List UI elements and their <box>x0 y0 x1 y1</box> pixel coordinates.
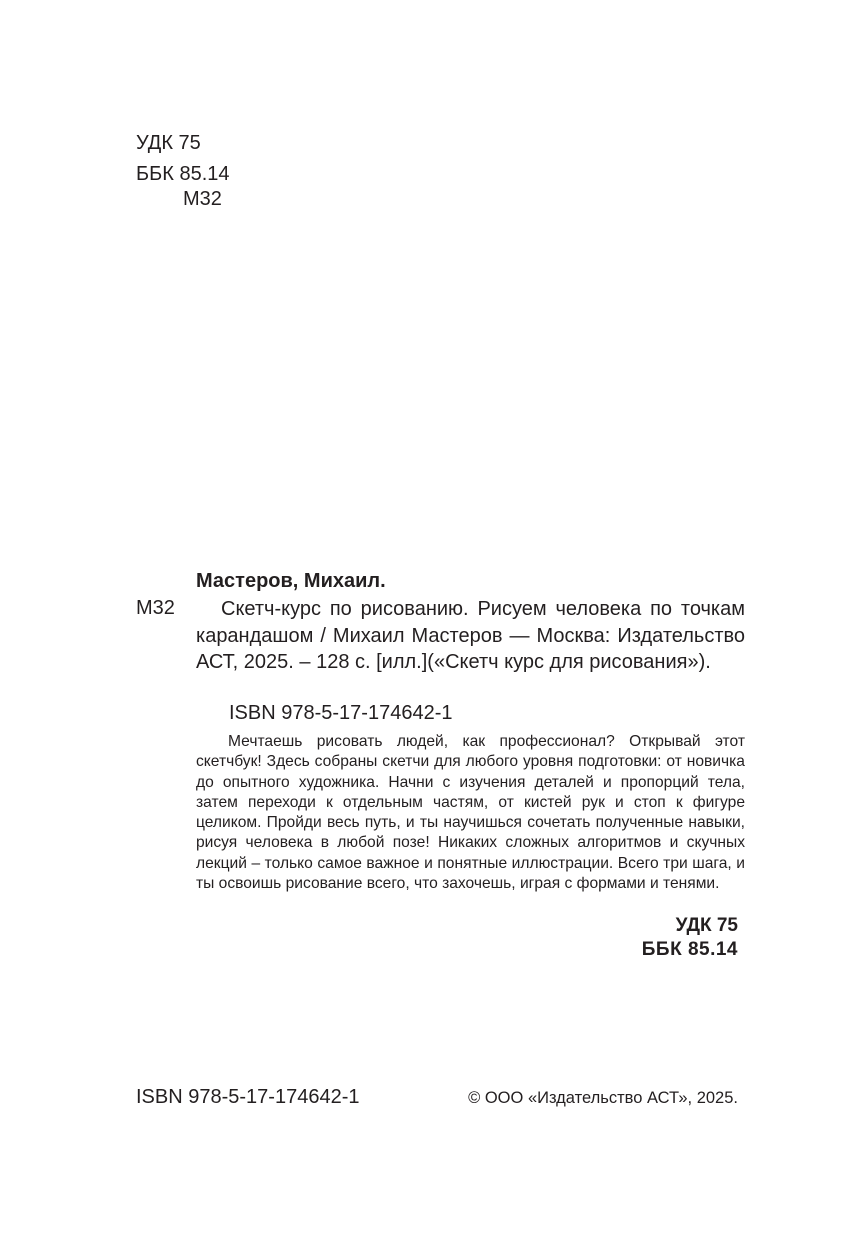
footer-copyright: © ООО «Издательство АСТ», 2025. <box>468 1087 738 1109</box>
card-author: Мастеров, Михаил. <box>196 569 386 593</box>
card-author-sign: М32 <box>136 596 175 620</box>
footer-isbn: ISBN 978-5-17-174642-1 <box>136 1085 359 1109</box>
card-isbn: ISBN 978-5-17-174642-1 <box>229 701 452 725</box>
author-sign: М32 <box>183 187 222 211</box>
card-abstract: Мечтаешь рисовать людей, как профессиона… <box>196 732 745 894</box>
card-bibliographic-description: Скетч-курс по рисованию. Рисуем человека… <box>196 596 745 676</box>
bbk-index: ББК 85.14 <box>136 162 230 186</box>
udk-index: УДК 75 <box>136 131 201 155</box>
card-udk-index: УДК 75 <box>676 914 738 938</box>
card-bbk-index: ББК 85.14 <box>642 938 738 962</box>
